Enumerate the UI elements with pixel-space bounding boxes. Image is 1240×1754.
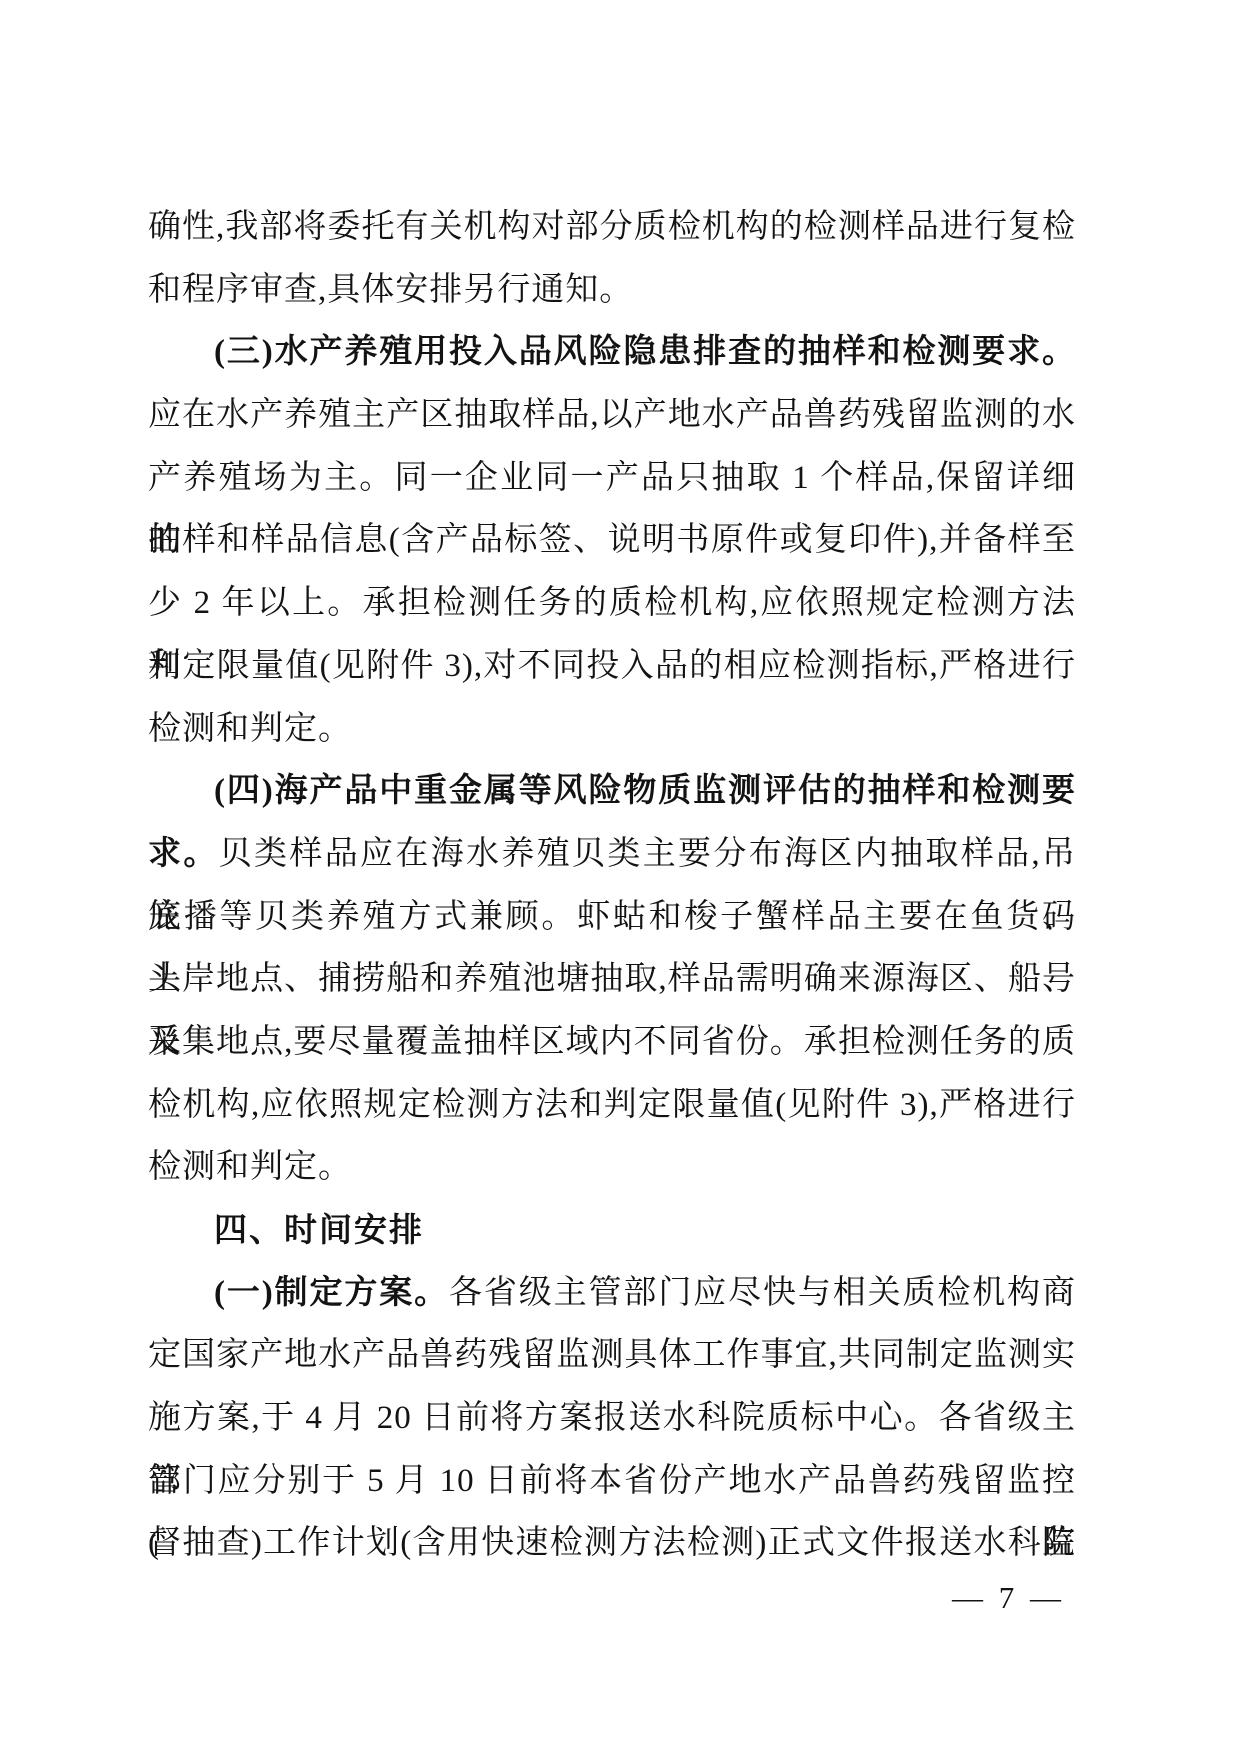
text-line: 检测和判定。 [148,698,1076,761]
text-line: (一)制定方案。各省级主管部门应尽快与相关质检机构商 [148,1262,1076,1325]
document-body: 确性,我部将委托有关机构对部分质检机构的检测样品进行复检和程序审查,具体安排另行… [148,196,1076,1575]
text-run: 判定限量值(见附件 3),对不同投入品的相应检测指标,严格进行 [148,648,1076,684]
text-run: 定国家产地水产品兽药残留监测具体工作事宜,共同制定监测实 [148,1337,1076,1373]
heading-run: (一)制定方案。 [214,1275,449,1311]
text-line: 检机构,应依照规定检测方法和判定限量值(见附件 3),严格进行 [148,1074,1076,1137]
text-line: 底播等贝类养殖方式兼顾。虾蛄和梭子蟹样品主要在鱼货码头、 [148,886,1076,949]
document-page: 确性,我部将委托有关机构对部分质检机构的检测样品进行复检和程序审查,具体安排另行… [0,0,1240,1754]
text-line: 应在水产养殖主产区抽取样品,以产地水产品兽药残留监测的水 [148,384,1076,447]
heading-run: 求。 [148,836,219,872]
text-line: 督抽查)工作计划(含用快速检测方法检测)正式文件报送水科院 [148,1512,1076,1575]
text-line: (四)海产品中重金属等风险物质监测评估的抽样和检测要 [148,760,1076,823]
text-line: 上岸地点、捕捞船和养殖池塘抽取,样品需明确来源海区、船号及 [148,948,1076,1011]
page-footer: — 7 — [952,1578,1065,1618]
page-number: — 7 — [952,1580,1065,1615]
text-line: 采集地点,要尽量覆盖抽样区域内不同省份。承担检测任务的质 [148,1011,1076,1074]
text-line: 和程序审查,具体安排另行通知。 [148,259,1076,322]
text-line: (三)水产养殖用投入品风险隐患排查的抽样和检测要求。 [148,321,1076,384]
text-run: 确性,我部将委托有关机构对部分质检机构的检测样品进行复检 [148,209,1076,245]
text-line: 四、时间安排 [148,1199,1076,1262]
text-line: 施方案,于 4 月 20 日前将方案报送水科院质标中心。各省级主管 [148,1387,1076,1450]
text-run: 督抽查)工作计划(含用快速检测方法检测)正式文件报送水科院 [148,1525,1076,1561]
text-line: 检测和判定。 [148,1136,1076,1199]
text-run: 应在水产养殖主产区抽取样品,以产地水产品兽药残留监测的水 [148,397,1076,433]
text-line: 产养殖场为主。同一企业同一产品只抽取 1 个样品,保留详细的 [148,447,1076,510]
text-run: 检机构,应依照规定检测方法和判定限量值(见附件 3),严格进行 [148,1087,1076,1123]
text-line: 确性,我部将委托有关机构对部分质检机构的检测样品进行复检 [148,196,1076,259]
heading-run: (四)海产品中重金属等风险物质监测评估的抽样和检测要 [214,773,1076,809]
text-line: 少 2 年以上。承担检测任务的质检机构,应依照规定检测方法和 [148,572,1076,635]
text-run: 采集地点,要尽量覆盖抽样区域内不同省份。承担检测任务的质 [148,1024,1076,1060]
heading-run: 四、时间安排 [214,1211,424,1248]
text-line: 抽样和样品信息(含产品标签、说明书原件或复印件),并备样至 [148,509,1076,572]
text-run: 检测和判定。 [148,711,352,747]
text-run: 抽样和样品信息(含产品标签、说明书原件或复印件),并备样至 [148,522,1076,558]
heading-run: (三)水产养殖用投入品风险隐患排查的抽样和检测要求。 [214,334,1076,370]
text-run: 各省级主管部门应尽快与相关质检机构商 [449,1275,1076,1311]
text-line: 部门应分别于 5 月 10 日前将本省份产地水产品兽药残留监控(监 [148,1450,1076,1513]
text-run: 检测和判定。 [148,1149,352,1185]
text-line: 求。贝类样品应在海水养殖贝类主要分布海区内抽取样品,吊笼、 [148,823,1076,886]
text-line: 定国家产地水产品兽药残留监测具体工作事宜,共同制定监测实 [148,1324,1076,1387]
text-line: 判定限量值(见附件 3),对不同投入品的相应检测指标,严格进行 [148,635,1076,698]
text-run: 和程序审查,具体安排另行通知。 [148,272,633,308]
